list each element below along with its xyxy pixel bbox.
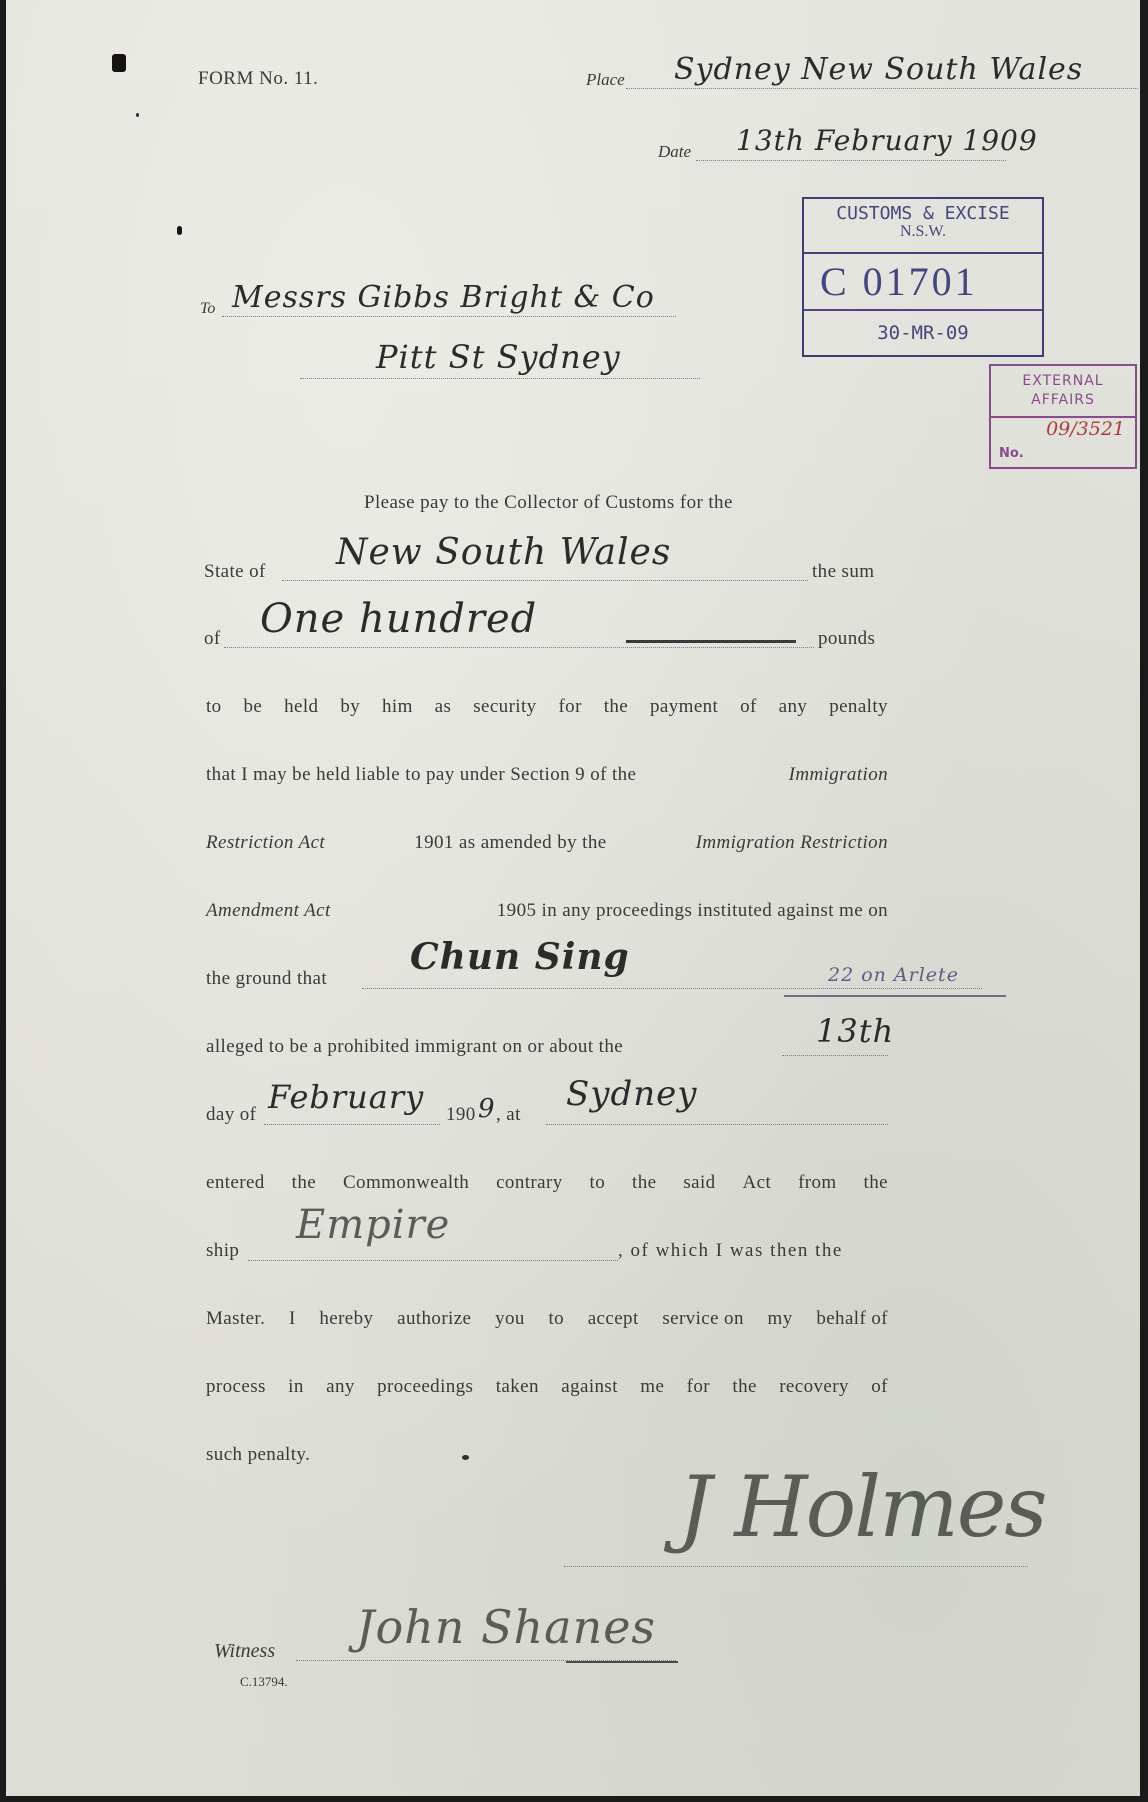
word: as [435, 696, 452, 718]
day-of-label: day of [206, 1104, 256, 1126]
word: the [604, 696, 628, 718]
amount-value: One hundred [260, 596, 537, 642]
act-title-italic: Immigration [789, 764, 888, 786]
word: by [340, 696, 360, 718]
external-stamp-line1: EXTERNAL [991, 372, 1135, 391]
witness-signature: John Shanes [356, 1600, 656, 1654]
word: the [732, 1376, 756, 1398]
word: penalty [829, 696, 888, 718]
act-title-italic: Restriction Act [206, 832, 325, 854]
year-suffix: 9 [478, 1094, 496, 1124]
word: I [289, 1308, 296, 1330]
master-signature: J Holmes [678, 1458, 1046, 1556]
alleged-text: alleged to be a prohibited immigrant on … [206, 1036, 623, 1058]
of-label: of [204, 628, 221, 650]
external-stamp-number: 09/3521 [1046, 418, 1125, 440]
state-value: New South Wales [336, 532, 671, 573]
act-title-italic: Amendment Act [206, 900, 331, 922]
word: said [683, 1172, 715, 1194]
line7-text: 1905 in any proceedings instituted again… [497, 900, 888, 922]
customs-excise-stamp: CUSTOMS & EXCISE N.S.W. C 01701 30-MR-09 [802, 197, 1044, 357]
ship-label: ship [206, 1240, 239, 1262]
place-value: Sydney New South Wales [674, 52, 1083, 87]
word: payment [650, 696, 718, 718]
body-line-1-text: Please pay to the Collector of Customs f… [364, 492, 733, 514]
word: held [284, 696, 318, 718]
form-code: C.13794. [240, 1674, 288, 1690]
word: the [632, 1172, 656, 1194]
date-value: 13th February 1909 [736, 124, 1038, 157]
word: Act [743, 1172, 772, 1194]
ink-speck [136, 113, 139, 117]
word: from [798, 1172, 837, 1194]
at-label: , at [496, 1104, 521, 1126]
addressee-name: Messrs Gibbs Bright & Co [232, 280, 655, 315]
witness-label: Witness [214, 1640, 275, 1663]
word: Commonwealth [343, 1172, 469, 1194]
ground-line [362, 988, 982, 989]
body-line-final: such penalty. [206, 1444, 310, 1466]
master-signature-line [564, 1566, 1028, 1567]
amount-line [224, 647, 814, 648]
addressee-street: Pitt St Sydney [376, 338, 621, 376]
word: of [871, 1376, 888, 1398]
word: process [206, 1376, 266, 1398]
word: entered [206, 1172, 265, 1194]
customs-stamp-number: C 01701 [804, 254, 1042, 311]
month-value: February [268, 1078, 424, 1116]
body-line-process: process in any proceedings taken against… [206, 1376, 888, 1398]
customs-stamp-title: CUSTOMS & EXCISE [804, 205, 1042, 223]
word: me [640, 1376, 664, 1398]
ground-underline [784, 995, 1006, 997]
addressee-line-2 [300, 378, 700, 379]
ship-suffix: , of which I was then the [618, 1240, 888, 1262]
ship-line [248, 1260, 618, 1261]
word: you [495, 1308, 525, 1330]
body-line-4: to be held by him as security for the pa… [206, 696, 888, 718]
word: authorize [397, 1308, 471, 1330]
word: contrary [496, 1172, 563, 1194]
body-line-6: Restriction Act 1901 as amended by the I… [206, 832, 888, 854]
punch-hole-mark [112, 54, 126, 72]
the-sum-label: the sum [812, 561, 874, 583]
customs-stamp-state: N.S.W. [804, 223, 1042, 241]
ground-note: 22 on Arlete [828, 964, 959, 986]
external-stamp-line2: AFFAIRS [991, 391, 1135, 410]
body-line-7: Amendment Act 1905 in any proceedings in… [206, 900, 888, 922]
ink-spot [177, 226, 182, 235]
addressee-line-1 [222, 316, 676, 317]
external-affairs-stamp: EXTERNAL AFFAIRS 09/3521 No. [989, 364, 1137, 469]
place-at-line [546, 1124, 888, 1125]
place-line [626, 88, 1138, 89]
word: for [687, 1376, 710, 1398]
day-value: 13th [816, 1012, 894, 1050]
word: my [768, 1308, 793, 1330]
word: accept [588, 1308, 639, 1330]
body-line-master: Master. I hereby authorize you to accept… [206, 1308, 888, 1330]
line5-text: that I may be held liable to pay under S… [206, 764, 636, 786]
word: taken [496, 1376, 539, 1398]
word: be [243, 696, 262, 718]
word: behalf of [816, 1308, 888, 1330]
word: him [382, 696, 413, 718]
ground-label: the ground that [206, 968, 327, 990]
form-number: FORM No. 11. [198, 68, 318, 90]
ink-speck [462, 1455, 469, 1460]
word: of [740, 696, 757, 718]
date-line [696, 160, 1006, 161]
customs-stamp-date: 30-MR-09 [804, 311, 1042, 355]
body-line-entered: entered the Commonwealth contrary to the… [206, 1172, 888, 1194]
external-stamp-no-label: No. [999, 446, 1024, 461]
word: in [288, 1376, 304, 1398]
word: Master. [206, 1308, 265, 1330]
word: security [473, 696, 536, 718]
act-title-italic: Immigration Restriction [696, 832, 888, 854]
state-label: State of [204, 561, 266, 583]
ship-value: Empire [296, 1202, 450, 1248]
word: against [561, 1376, 618, 1398]
document-page: FORM No. 11. Place Sydney New South Wale… [6, 0, 1140, 1796]
word: the [292, 1172, 316, 1194]
word: any [779, 696, 808, 718]
word: hereby [319, 1308, 373, 1330]
day-line [782, 1055, 888, 1056]
month-line [264, 1124, 440, 1125]
word: to [206, 696, 222, 718]
body-line-5: that I may be held liable to pay under S… [206, 764, 888, 786]
word: recovery [779, 1376, 849, 1398]
word: for [558, 696, 581, 718]
word: the [864, 1172, 888, 1194]
word: any [326, 1376, 355, 1398]
line6-text: 1901 as amended by the [414, 832, 606, 854]
to-label: To [200, 300, 215, 318]
word: service on [662, 1308, 744, 1330]
date-label: Date [658, 142, 691, 162]
place-label: Place [586, 70, 625, 90]
word: to [548, 1308, 564, 1330]
witness-underline [566, 1661, 678, 1663]
year-prefix: 190 [446, 1104, 476, 1126]
body-line-1: Please pay to the Collector of Customs f… [364, 492, 886, 514]
at-value: Sydney [566, 1074, 698, 1114]
state-line [282, 580, 808, 581]
amount-strike [626, 640, 796, 643]
pounds-label: pounds [818, 628, 875, 650]
word: proceedings [377, 1376, 473, 1398]
ground-value: Chun Sing [410, 936, 630, 978]
word: to [590, 1172, 606, 1194]
